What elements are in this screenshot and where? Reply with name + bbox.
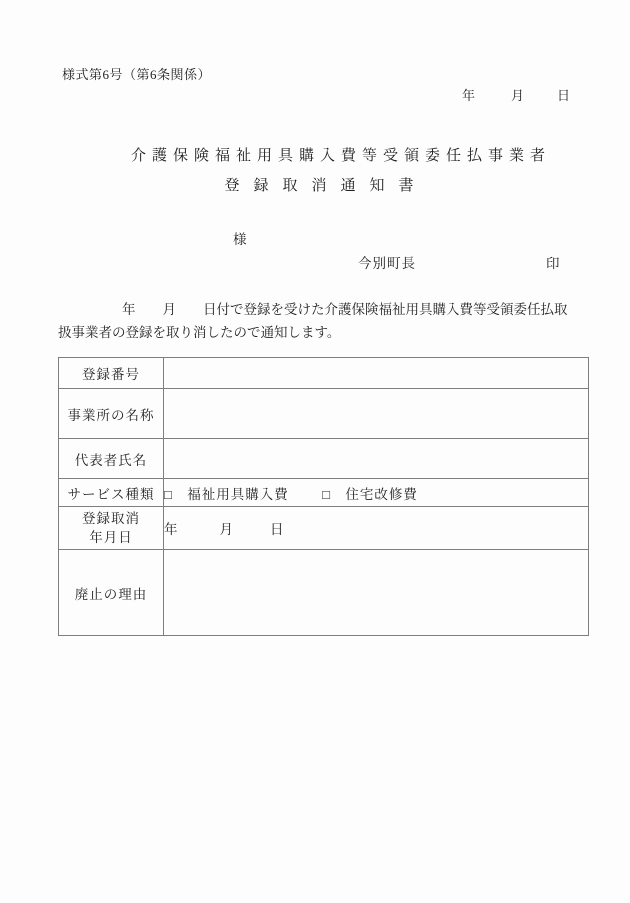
checkbox-welfare-equipment-icon[interactable]: □ <box>164 487 172 503</box>
row-label-cancellation-date: 登録取消 年月日 <box>59 507 164 550</box>
row-label-abolition-reason: 廃止の理由 <box>59 550 164 636</box>
cancellation-date-month-label: 月 <box>220 522 234 537</box>
body-paragraph: 年 月 日付で登録を受けた介護保険福祉用具購入費等受領委任払取 扱事業者の登録を… <box>58 298 578 344</box>
seal-placeholder: 印 <box>546 252 560 272</box>
table-row-service-type: サービス種類 □ 福祉用具購入費 □ 住宅改修費 <box>59 479 589 507</box>
issue-date-month-label: 月 <box>511 88 524 103</box>
option-home-renovation-label: 住宅改修費 <box>345 487 418 502</box>
checkbox-home-renovation-icon[interactable]: □ <box>322 487 330 503</box>
issue-date-day-label: 日 <box>557 88 570 103</box>
option-home-renovation: □ 住宅改修費 <box>322 483 418 503</box>
row-value-registration-number <box>164 358 589 389</box>
body-line1: 年 月 日付で登録を受けた介護保険福祉用具購入費等受領委任払取 <box>58 298 578 321</box>
option-welfare-equipment: □ 福祉用具購入費 <box>164 483 289 503</box>
cancellation-date-year-label: 年 <box>164 522 178 537</box>
row-label-representative-name: 代表者氏名 <box>59 439 164 479</box>
issuer-name: 今別町長 <box>358 252 416 272</box>
document-title-line2: 登録取消通知書 <box>52 174 600 195</box>
document-title: 介護保険福祉用具購入費等受領委任払事業者 登録取消通知書 <box>52 144 630 195</box>
row-value-representative-name <box>164 439 589 479</box>
table-row-cancellation-date: 登録取消 年月日 年月日 <box>59 507 589 550</box>
option-welfare-equipment-label: 福祉用具購入費 <box>187 487 289 502</box>
row-label-business-name: 事業所の名称 <box>59 389 164 439</box>
row-label-cancellation-date-line2: 年月日 <box>59 528 163 547</box>
addressee-honorific: 様 <box>233 228 247 248</box>
row-label-cancellation-date-line1: 登録取消 <box>59 509 163 528</box>
row-label-service-type: サービス種類 <box>59 479 164 507</box>
notice-table: 登録番号 事業所の名称 代表者氏名 サービス種類 □ 福祉用具購入費 □ 住宅改… <box>58 357 589 636</box>
row-value-service-type: □ 福祉用具購入費 □ 住宅改修費 <box>164 479 589 507</box>
table-row-representative-name: 代表者氏名 <box>59 439 589 479</box>
table-row-abolition-reason: 廃止の理由 <box>59 550 589 636</box>
issue-date-line: 年月日 <box>462 85 570 104</box>
table-row-registration-number: 登録番号 <box>59 358 589 389</box>
form-number: 様式第6号（第6条関係） <box>62 64 211 83</box>
table-row-business-name: 事業所の名称 <box>59 389 589 439</box>
document-title-line1: 介護保険福祉用具購入費等受領委任払事業者 <box>52 144 630 165</box>
issue-date-year-label: 年 <box>462 88 475 103</box>
row-value-cancellation-date: 年月日 <box>164 507 589 550</box>
row-label-registration-number: 登録番号 <box>59 358 164 389</box>
cancellation-date-day-label: 日 <box>270 522 284 537</box>
row-value-business-name <box>164 389 589 439</box>
document-page: 様式第6号（第6条関係） 年月日 介護保険福祉用具購入費等受領委任払事業者 登録… <box>0 0 630 903</box>
body-line2: 扱事業者の登録を取り消したので通知します。 <box>58 321 578 344</box>
row-value-abolition-reason <box>164 550 589 636</box>
